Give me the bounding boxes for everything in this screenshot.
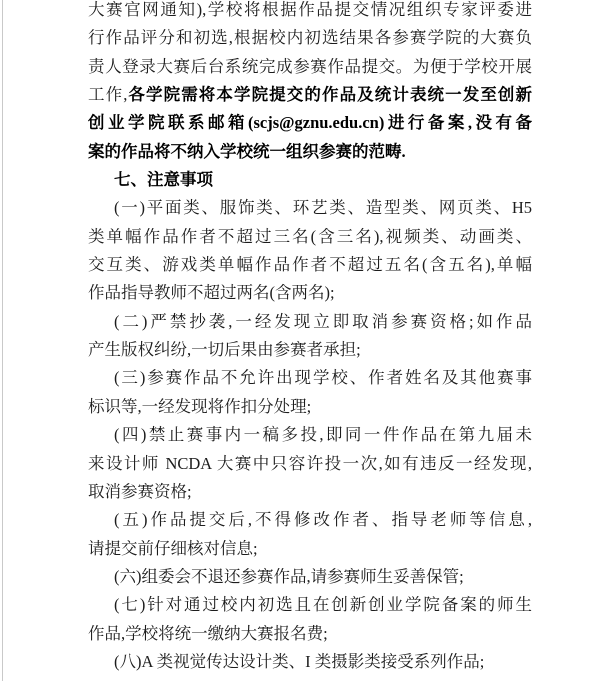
doc-line-item-2-a: (二)严禁抄袭,一经发现立即取消参赛资格;如作品 [88,308,532,336]
doc-line-item-4-a: (四)禁止赛事内一稿多投,即同一件作品在第九届未 [88,421,532,449]
doc-line-item-1-d: 作品指导教师不超过两名(含两名); [88,279,532,307]
section-heading-notes: 七、注意事项 [88,166,532,194]
doc-line-item-7-b: 作品,学校将统一缴纳大赛报名费; [88,620,532,648]
document-text-column: 大赛官网通知),学校将根据作品提交情况组织专家评委进 行作品评分和初选,根据校内… [88,0,532,676]
doc-line-item-8: (八)A 类视觉传达设计类、I 类摄影类接受系列作品; [88,648,532,676]
doc-line-item-1-a: (一)平面类、服饰类、环艺类、造型类、网页类、H5 [88,194,532,222]
doc-line-item-4-c: 取消参赛资格; [88,478,532,506]
doc-line-item-1-b: 类单幅作品作者不超过三名(含三名),视频类、动画类、 [88,223,532,251]
doc-line-2: 行作品评分和初选,根据校内初选结果各参赛学院的大赛负 [88,24,532,52]
doc-line-1: 大赛官网通知),学校将根据作品提交情况组织专家评委进 [88,0,532,24]
doc-line-4: 工作,各学院需将本学院提交的作品及统计表统一发至创新 [88,81,532,109]
page-left-edge-line [2,0,3,681]
doc-line-4-bold: 各学院需将本学院提交的作品及统计表统一发至创新 [127,85,532,104]
doc-line-4-regular: 工作, [88,85,127,104]
doc-line-item-7-a: (七)针对通过校内初选且在创新创业学院备案的师生 [88,591,532,619]
doc-line-5-email-line: 创业学院联系邮箱(scjs@gznu.edu.cn)进行备案,没有备 [88,109,532,137]
doc-line-6: 案的作品将不纳入学校统一组织参赛的范畴. [88,138,532,166]
doc-line-item-5-b: 请提交前仔细核对信息; [88,535,532,563]
document-page: 大赛官网通知),学校将根据作品提交情况组织专家评委进 行作品评分和初选,根据校内… [0,0,610,681]
doc-line-item-2-b: 产生版权纠纷,一切后果由参赛者承担; [88,336,532,364]
doc-line-item-6: (六)组委会不退还参赛作品,请参赛师生妥善保管; [88,563,532,591]
doc-line-item-3-a: (三)参赛作品不允许出现学校、作者姓名及其他赛事 [88,364,532,392]
doc-line-item-3-b: 标识等,一经发现将作扣分处理; [88,393,532,421]
doc-line-item-5-a: (五)作品提交后,不得修改作者、指导老师等信息, [88,506,532,534]
doc-line-item-4-b: 来设计师 NCDA 大赛中只容许投一次,如有违反一经发现, [88,450,532,478]
doc-line-3: 责人登录大赛后台系统完成参赛作品提交。为便于学校开展 [88,53,532,81]
doc-line-item-1-c: 交互类、游戏类单幅作品作者不超过五名(含五名),单幅 [88,251,532,279]
